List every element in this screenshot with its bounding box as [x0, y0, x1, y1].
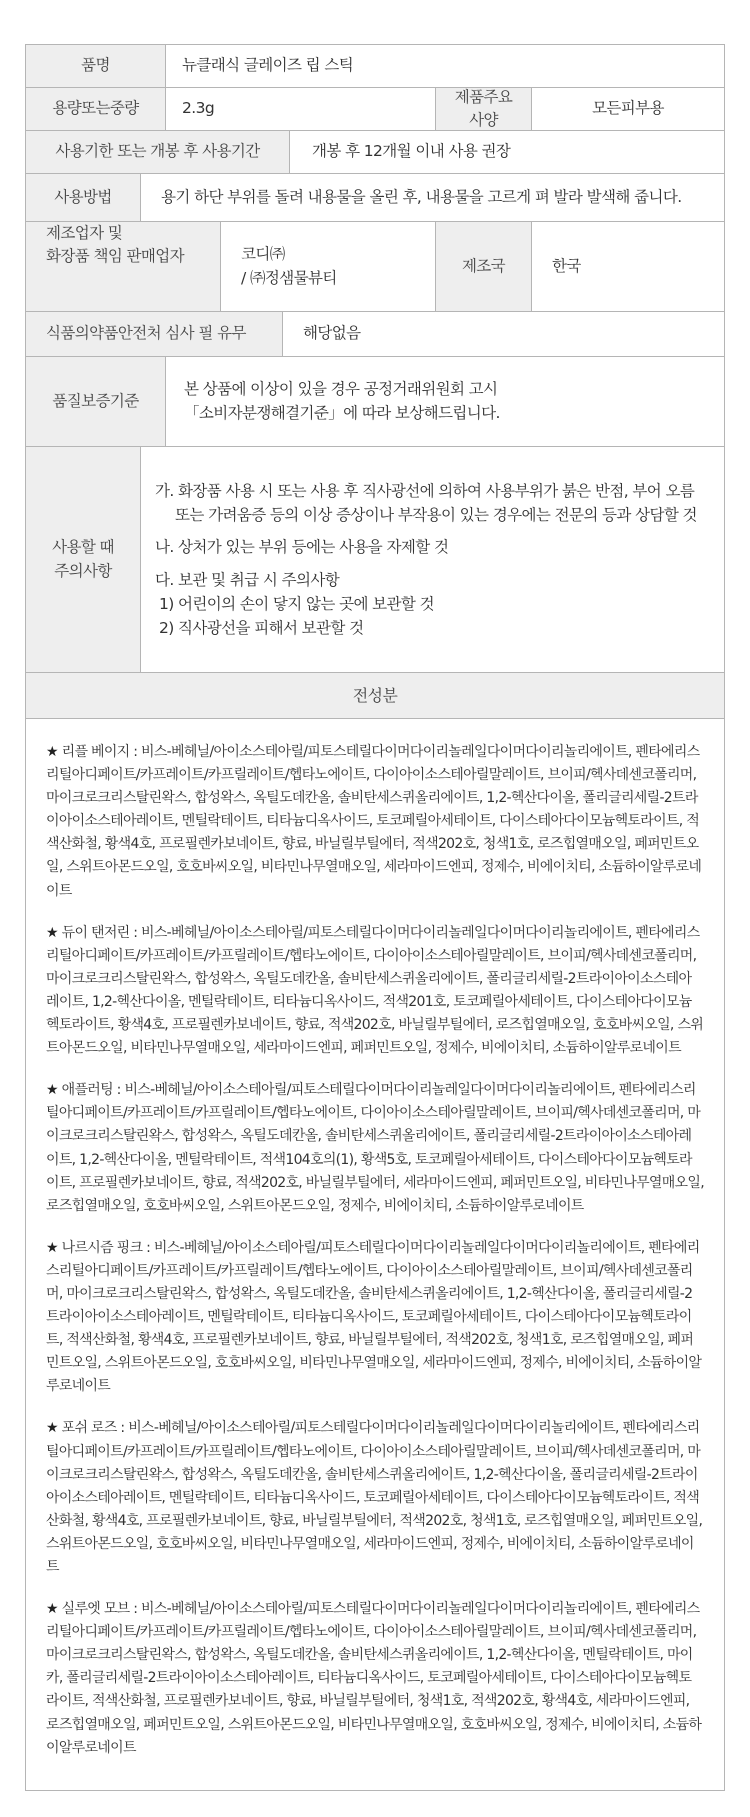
cautions-label-line1: 사용할 때: [52, 536, 114, 559]
mfds-review-value: 해당없음: [282, 312, 724, 356]
quality-value-line1: 본 상품에 이상이 있을 경우 공정거래위원회 고시: [184, 378, 497, 401]
manufacturer-label-line1: 제조업자 및: [46, 222, 122, 245]
manufacturer-value-line2: / ㈜정샘물뷰티: [241, 267, 337, 290]
mfds-review-label: 식품의약품안전처 심사 필 유무: [26, 312, 282, 356]
row-cautions: 사용할 때 주의사항 가. 화장품 사용 시 또는 사용 후 직사광선에 의하여…: [26, 447, 724, 673]
row-capacity: 용량또는중량 2.3g 제품주요사양 모든피부용: [26, 88, 724, 131]
ingredients-list: ★ 리플 베이지 : 비스-베헤닐/아이소스테아릴/피토스테릴다이머다이리놀레일…: [25, 719, 725, 1791]
caution-item: 가. 화장품 사용 시 또는 사용 후 직사광선에 의하여 사용부위가 붉은 반…: [155, 479, 694, 503]
star-icon: ★: [46, 1082, 58, 1098]
quality-value-line2: 「소비자분쟁해결기준」에 따라 보상해드립니다.: [184, 402, 500, 425]
ingredient-shade-block: ★ 애플러팅 : 비스-베헤닐/아이소스테아릴/피토스테릴다이머다이리놀레일다이…: [46, 1079, 704, 1218]
shade-name: 실루엣 모브: [62, 1601, 130, 1617]
expiry-value: 개봉 후 12개월 이내 사용 권장: [289, 131, 724, 173]
caution-item: 다. 보관 및 취급 시 주의사항: [155, 568, 339, 592]
country-value: 한국: [531, 222, 724, 311]
capacity-label: 용량또는중량: [26, 88, 165, 130]
cautions-label: 사용할 때 주의사항: [26, 447, 140, 672]
cautions-list: 가. 화장품 사용 시 또는 사용 후 직사광선에 의하여 사용부위가 붉은 반…: [140, 447, 724, 672]
manufacturer-label-line2: 화장품 책임 판매업자: [46, 245, 184, 268]
star-icon: ★: [46, 1420, 58, 1436]
product-info-table: 품명 뉴클래식 글레이즈 립 스틱 용량또는중량 2.3g 제품주요사양 모든피…: [25, 44, 725, 719]
country-label: 제조국: [435, 222, 531, 311]
product-name-label: 품명: [26, 45, 165, 87]
row-mfds-review: 식품의약품안전처 심사 필 유무 해당없음: [26, 312, 724, 357]
ingredient-shade-block: ★ 포쉬 로즈 : 비스-베헤닐/아이소스테아릴/피토스테릴다이머다이리놀레일다…: [46, 1417, 704, 1579]
main-spec-label: 제품주요사양: [435, 88, 531, 130]
usage-value: 용기 하단 부위를 돌려 내용물을 올린 후, 내용물을 고르게 펴 발라 발색…: [140, 174, 724, 221]
ingredients-title: 전성분: [26, 673, 724, 718]
capacity-value: 2.3g: [165, 88, 435, 130]
row-quality: 품질보증기준 본 상품에 이상이 있을 경우 공정거래위원회 고시 「소비자분쟁…: [26, 357, 724, 447]
product-name-value: 뉴클래식 글레이즈 립 스틱: [165, 45, 724, 87]
star-icon: ★: [46, 1601, 58, 1617]
usage-label: 사용방법: [26, 174, 140, 221]
star-icon: ★: [46, 925, 58, 941]
shade-name: 듀이 탠저린: [62, 925, 130, 941]
caution-item: 나. 상처가 있는 부위 등에는 사용을 자제할 것: [155, 535, 448, 559]
shade-name: 나르시즘 핑크: [62, 1240, 143, 1256]
caution-item: 1) 어린이의 손이 닿지 않는 곳에 보관할 것: [155, 592, 434, 616]
ingredient-shade-block: ★ 리플 베이지 : 비스-베헤닐/아이소스테아릴/피토스테릴다이머다이리놀레일…: [46, 741, 704, 903]
caution-item: 또는 가려움증 등의 이상 증상이나 부작용이 있는 경우에는 전문의 등과 상…: [155, 503, 697, 527]
shade-ingredients: : 비스-베헤닐/아이소스테아릴/피토스테릴다이머다이리놀레일다이머다이리놀리에…: [46, 1420, 702, 1575]
shade-ingredients: : 비스-베헤닐/아이소스테아릴/피토스테릴다이머다이리놀레일다이머다이리놀리에…: [46, 925, 703, 1056]
quality-label: 품질보증기준: [26, 357, 165, 446]
row-manufacturer: 제조업자 및 화장품 책임 판매업자 코디㈜ / ㈜정샘물뷰티 제조국 한국: [26, 222, 724, 312]
shade-ingredients: : 비스-베헤닐/아이소스테아릴/피토스테릴다이머다이리놀레일다이머다이리놀리에…: [46, 1082, 704, 1213]
ingredient-shade-block: ★ 나르시즘 핑크 : 비스-베헤닐/아이소스테아릴/피토스테릴다이머다이리놀레…: [46, 1237, 704, 1399]
shade-ingredients: : 비스-베헤닐/아이소스테아릴/피토스테릴다이머다이리놀레일다이머다이리놀리에…: [46, 744, 701, 899]
row-product-name: 품명 뉴클래식 글레이즈 립 스틱: [26, 45, 724, 88]
shade-ingredients: : 비스-베헤닐/아이소스테아릴/피토스테릴다이머다이리놀레일다이머다이리놀리에…: [46, 1240, 701, 1395]
main-spec-value: 모든피부용: [531, 88, 724, 130]
expiry-label: 사용기한 또는 개봉 후 사용기간: [26, 131, 289, 173]
shade-name: 포쉬 로즈: [62, 1420, 117, 1436]
star-icon: ★: [46, 744, 58, 760]
star-icon: ★: [46, 1240, 58, 1256]
cautions-label-line2: 주의사항: [54, 560, 112, 583]
row-expiry: 사용기한 또는 개봉 후 사용기간 개봉 후 12개월 이내 사용 권장: [26, 131, 724, 174]
ingredient-shade-block: ★ 듀이 탠저린 : 비스-베헤닐/아이소스테아릴/피토스테릴다이머다이리놀레일…: [46, 922, 704, 1061]
quality-value: 본 상품에 이상이 있을 경우 공정거래위원회 고시 「소비자분쟁해결기준」에 …: [165, 357, 724, 446]
row-ingredients-header: 전성분: [26, 673, 724, 719]
shade-name: 리플 베이지: [62, 744, 130, 760]
shade-ingredients: : 비스-베헤닐/아이소스테아릴/피토스테릴다이머다이리놀레일다이머다이리놀리에…: [46, 1601, 701, 1756]
caution-item: 2) 직사광선을 피해서 보관할 것: [155, 616, 364, 640]
ingredient-shade-block: ★ 실루엣 모브 : 비스-베헤닐/아이소스테아릴/피토스테릴다이머다이리놀레일…: [46, 1598, 704, 1760]
manufacturer-value-line1: 코디㈜: [241, 243, 285, 266]
shade-name: 애플러팅: [62, 1082, 113, 1098]
manufacturer-value: 코디㈜ / ㈜정샘물뷰티: [220, 222, 435, 311]
manufacturer-label: 제조업자 및 화장품 책임 판매업자: [26, 222, 220, 311]
row-usage: 사용방법 용기 하단 부위를 돌려 내용물을 올린 후, 내용물을 고르게 펴 …: [26, 174, 724, 222]
